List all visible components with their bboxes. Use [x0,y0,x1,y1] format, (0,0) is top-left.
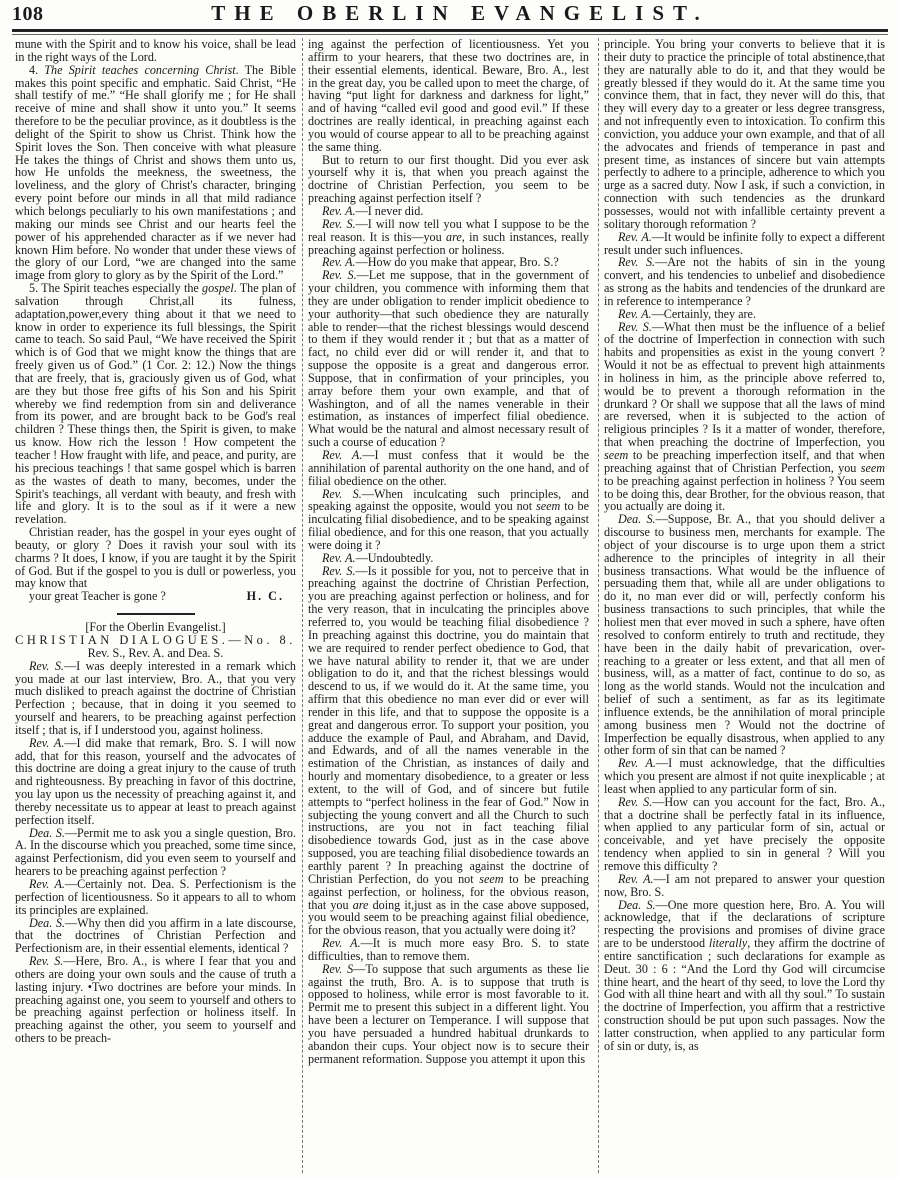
dialogue-line: Rev. S.—When inculcating such principles… [308,488,589,552]
signature-line: your great Teacher is gone ? H. C. [15,590,296,603]
column-divider [302,38,303,1173]
dialogue-line: Rev. A.—It is much more easy Bro. S. to … [308,937,589,963]
dialogue-line: Rev. A.—Certainly not. Dea. S. Perfectio… [15,878,296,917]
dialogue-line: Rev. A.—I must confess that it would be … [308,449,589,488]
column-divider [598,38,599,1173]
column-3: principle. You bring your converts to be… [604,38,885,1173]
dialogue-line: Rev. S—To suppose that such arguments as… [308,963,589,1066]
paragraph: mune with the Spirit and to know his voi… [15,38,296,64]
dialogue-line: Dea. S.—Why then did you affirm in a lat… [15,917,296,956]
column-2: ing against the perfection of licentious… [308,38,589,1173]
section-separator [117,613,195,615]
masthead-rule-thin [12,34,888,35]
page-number: 108 [12,3,112,26]
newspaper-page: 108 THE OBERLIN EVANGELIST. mune with th… [0,0,900,1179]
paragraph: ing against the perfection of licentious… [308,38,589,154]
masthead: 108 THE OBERLIN EVANGELIST. [12,4,888,26]
dialogue-line: Rev. S.—How can you account for the fact… [604,796,885,873]
dialogue-line: Rev. S.—Is it possible for you, not to p… [308,565,589,937]
paper-title: THE OBERLIN EVANGELIST. [112,1,808,26]
paragraph: principle. You bring your converts to be… [604,38,885,231]
dialogue-line: Rev. S.—I will now tell you what I suppo… [308,218,589,257]
dialogue-line: Dea. S.—One more question here, Bro. A. … [604,899,885,1053]
section-title: CHRISTIAN DIALOGUES.—No. 8. [15,634,296,647]
column-1: mune with the Spirit and to know his voi… [15,38,296,1173]
text-columns: mune with the Spirit and to know his voi… [12,38,888,1173]
dialogue-line: Rev. S.—Let me suppose, that in the gove… [308,269,589,449]
dialogue-line: Rev. A.—I must acknowledge, that the dif… [604,757,885,796]
dialogue-line: Dea. S.—Permit me to ask you a single qu… [15,827,296,878]
dialogue-line: Rev. S.—Are not the habits of sin in the… [604,256,885,307]
author-initials: H. C. [233,590,296,603]
paragraph: 4. The Spirit teaches concerning Christ.… [15,64,296,282]
paragraph: But to return to our first thought. Did … [308,154,589,205]
paragraph: 5. The Spirit teaches especially the gos… [15,282,296,526]
dialogue-line: Rev. A.—I am not prepared to answer your… [604,873,885,899]
dialogue-line: Rev. S.—Here, Bro. A., is where I fear t… [15,955,296,1045]
masthead-rule-thick [12,29,888,32]
dialogue-line: Rev. S.—I was deeply interested in a rem… [15,660,296,737]
dialogue-line: Rev. A.—I did make that remark, Bro. S. … [15,737,296,827]
dialogue-line: Rev. A.—It would be infinite folly to ex… [604,231,885,257]
dialogue-line: Dea. S.—Suppose, Br. A., that you should… [604,513,885,757]
paragraph: Christian reader, has the gospel in your… [15,526,296,590]
dialogue-line: Rev. S.—What then must be the influence … [604,321,885,514]
